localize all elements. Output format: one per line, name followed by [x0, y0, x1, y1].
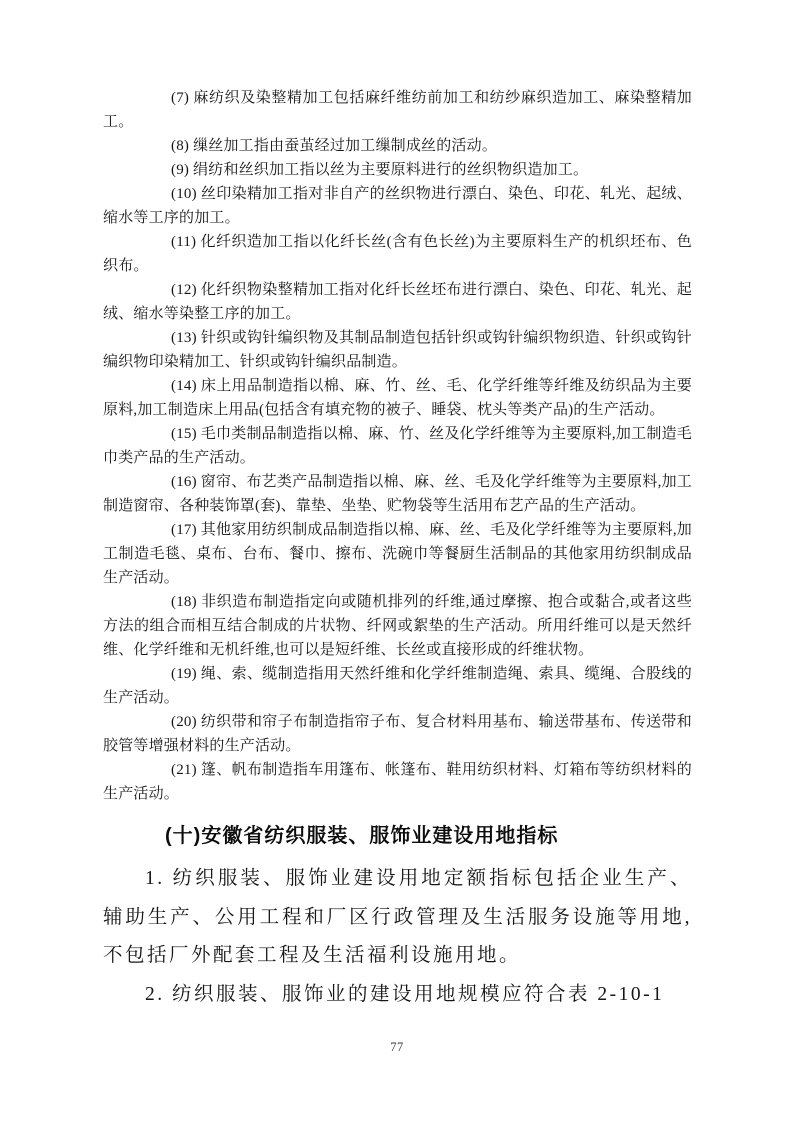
page-footer: 77 — [0, 1040, 794, 1055]
definition-item-7: (7) 麻纺织及染整精加工包括麻纤维纺前加工和纺纱麻织造加工、麻染整精加工。 — [103, 86, 692, 134]
definition-item-12: (12) 化纤织物染整精加工指对化纤长丝坯布进行漂白、染色、印花、轧光、起绒、缩… — [103, 278, 692, 326]
definition-item-15: (15) 毛巾类制品制造指以棉、麻、竹、丝及化学纤维等为主要原料,加工制造毛巾类… — [103, 422, 692, 470]
numbered-definitions: (7) 麻纺织及染整精加工包括麻纤维纺前加工和纺纱麻织造加工、麻染整精加工。 (… — [103, 86, 692, 806]
definition-item-13: (13) 针织或钩针编织物及其制品制造包括针织或钩针编织物织造、针织或钩针编织物… — [103, 326, 692, 374]
definition-item-11: (11) 化纤织造加工指以化纤长丝(含有色长丝)为主要原料生产的机织坯布、色织布… — [103, 230, 692, 278]
body-paragraph-1: 1. 纺织服装、服饰业建设用地定额指标包括企业生产、辅助生产、公用工程和厂区行政… — [103, 860, 692, 976]
definition-item-16: (16) 窗帘、布艺类产品制造指以棉、麻、丝、毛及化学纤维等为主要原料,加工制造… — [103, 470, 692, 518]
definition-item-20: (20) 纺织带和帘子布制造指帘子布、复合材料用基布、输送带基布、传送带和胶管等… — [103, 710, 692, 758]
body-paragraph-2: 2. 纺织服装、服饰业的建设用地规模应符合表 2-10-1 — [103, 976, 692, 1015]
definition-item-10: (10) 丝印染精加工指对非自产的丝织物进行漂白、染色、印花、轧光、起绒、缩水等… — [103, 182, 692, 230]
definition-item-8: (8) 缫丝加工指由蚕茧经过加工缫制成丝的活动。 — [103, 134, 692, 158]
definition-item-14: (14) 床上用品制造指以棉、麻、竹、丝、毛、化学纤维等纤维及纺织品为主要原料,… — [103, 374, 692, 422]
definition-item-21: (21) 篷、帆布制造指车用篷布、帐篷布、鞋用纺织材料、灯箱布等纺织材料的生产活… — [103, 758, 692, 806]
document-body: (7) 麻纺织及染整精加工包括麻纤维纺前加工和纺纱麻织造加工、麻染整精加工。 (… — [103, 86, 692, 1014]
definition-item-17: (17) 其他家用纺织制成品制造指以棉、麻、丝、毛及化学纤维等为主要原料,加工制… — [103, 518, 692, 590]
definition-item-19: (19) 绳、索、缆制造指用天然纤维和化学纤维制造绳、索具、缆绳、合股线的生产活… — [103, 662, 692, 710]
page-number: 77 — [390, 1040, 404, 1054]
definition-item-9: (9) 绢纺和丝织加工指以丝为主要原料进行的丝织物织造加工。 — [103, 158, 692, 182]
definition-item-18: (18) 非织造布制造指定向或随机排列的纤维,通过摩擦、抱合或黏合,或者这些方法… — [103, 590, 692, 662]
document-page: { "document": { "items": [ { "text": "(7… — [0, 0, 794, 1122]
section-heading: (十)安徽省纺织服装、服饰业建设用地指标 — [103, 821, 692, 851]
